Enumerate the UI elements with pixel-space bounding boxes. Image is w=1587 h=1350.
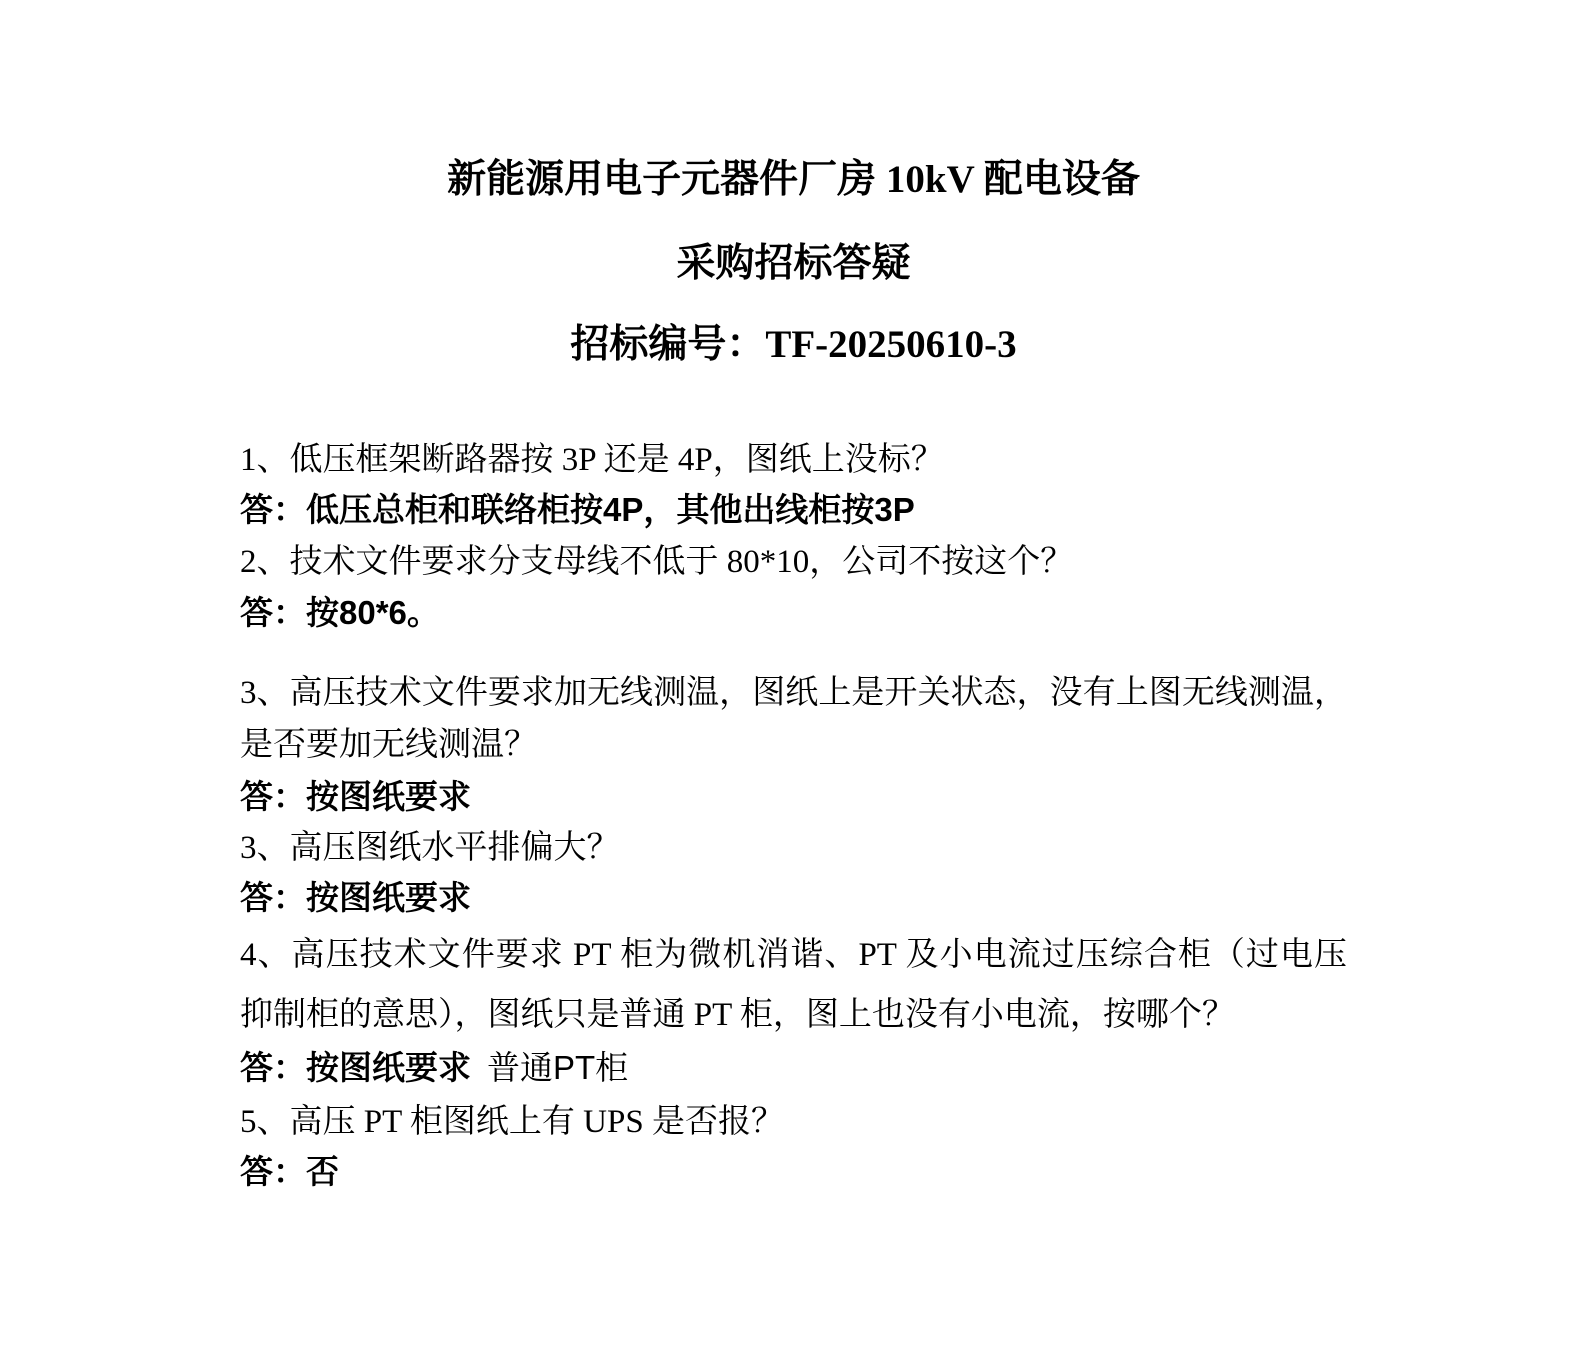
doc-title-line-2: 采购招标答疑 <box>240 240 1347 287</box>
question-3: 3、高压技术文件要求加无线测温，图纸上是开关状态，没有上图无线测温，是否要加无线… <box>240 667 1347 771</box>
answer-4-main: 答：按图纸要求 <box>240 1049 471 1086</box>
bid-number-line: 招标编号：TF-20250610-3 <box>240 321 1347 368</box>
answer-4: 答：按图纸要求普通PT柜 <box>240 1042 1347 1094</box>
question-5: 5、高压 PT 柜图纸上有 UPS 是否报？ <box>240 1096 1347 1148</box>
answer-3b: 答：按图纸要求 <box>240 872 1347 924</box>
question-4: 4、高压技术文件要求 PT 柜为微机消谐、PT 及小电流过压综合柜（过电压抑制柜… <box>240 925 1347 1045</box>
answer-2: 答：按80*6。 <box>240 587 1347 639</box>
question-3b: 3、高压图纸水平排偏大？ <box>240 822 1347 874</box>
answer-3: 答：按图纸要求 <box>240 771 1347 823</box>
answer-1: 答：低压总柜和联络柜按4P，其他出线柜按3P <box>240 484 1347 536</box>
answer-4-extra: 普通PT柜 <box>487 1049 628 1086</box>
question-2: 2、技术文件要求分支母线不低于 80*10，公司不按这个？ <box>240 536 1347 588</box>
doc-title-line-1: 新能源用电子元器件厂房 10kV 配电设备 <box>240 156 1347 203</box>
document-page: 新能源用电子元器件厂房 10kV 配电设备 采购招标答疑 招标编号：TF-202… <box>0 0 1587 1350</box>
answer-5: 答：否 <box>240 1146 1347 1198</box>
question-1: 1、低压框架断路器按 3P 还是 4P，图纸上没标？ <box>240 434 1347 486</box>
